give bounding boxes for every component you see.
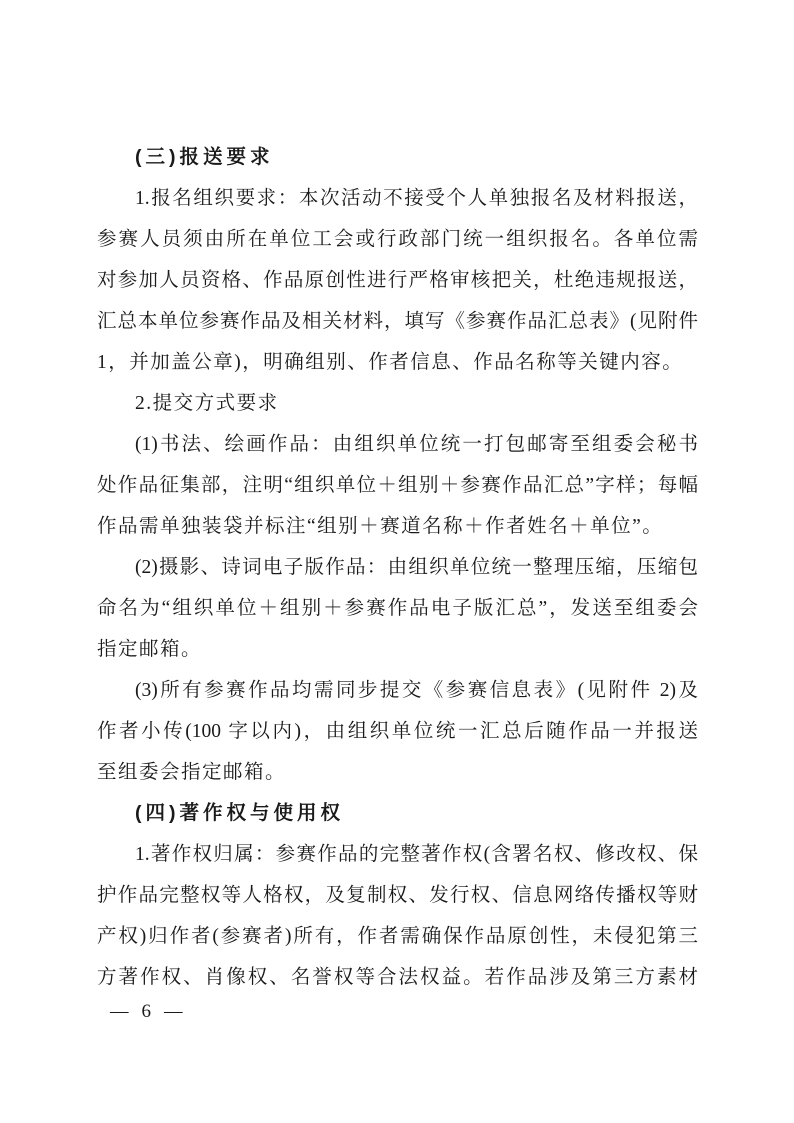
text-block: (三)报送要求1.报名组织要求：本次活动不接受个人单独报名及材料报送，参赛人员须… xyxy=(97,137,698,998)
footer-dash-right: — xyxy=(164,1002,183,1023)
document-line: 命名为“组织单位＋组别＋参赛作品电子版汇总”，发送至组委会 xyxy=(97,588,698,629)
document-line: (3)所有参赛作品均需同步提交《参赛信息表》(见附件 2)及 xyxy=(97,670,698,711)
document-line: 1.著作权归属：参赛作品的完整著作权(含署名权、修改权、保 xyxy=(97,834,698,875)
document-line: 1.报名组织要求：本次活动不接受个人单独报名及材料报送， xyxy=(97,178,698,219)
document-line: 作者小传(100 字以内)，由组织单位统一汇总后随作品一并报送 xyxy=(97,711,698,752)
document-line: 1，并加盖公章)，明确组别、作者信息、作品名称等关键内容。 xyxy=(97,342,698,383)
footer-dash-left: — xyxy=(110,1002,129,1023)
document-line: 护作品完整权等人格权，及复制权、发行权、信息网络传播权等财 xyxy=(97,875,698,916)
document-line: (2)摄影、诗词电子版作品：由组织单位统一整理压缩，压缩包 xyxy=(97,547,698,588)
document-line: 汇总本单位参赛作品及相关材料，填写《参赛作品汇总表》(见附件 xyxy=(97,301,698,342)
document-line: 处作品征集部，注明“组织单位＋组别＋参赛作品汇总”字样；每幅 xyxy=(97,465,698,506)
document-line: 参赛人员须由所在单位工会或行政部门统一组织报名。各单位需 xyxy=(97,219,698,260)
document-line: (1)书法、绘画作品：由组织单位统一打包邮寄至组委会秘书 xyxy=(97,424,698,465)
document-page: (三)报送要求1.报名组织要求：本次活动不接受个人单独报名及材料报送，参赛人员须… xyxy=(0,0,794,1123)
document-line: 作品需单独装袋并标注“组别＋赛道名称＋作者姓名＋单位”。 xyxy=(97,506,698,547)
section-heading: (三)报送要求 xyxy=(97,137,698,178)
page-number: 6 xyxy=(142,1001,152,1023)
document-footer: — 6 — xyxy=(110,1001,183,1023)
document-line: 对参加人员资格、作品原创性进行严格审核把关，杜绝违规报送， xyxy=(97,260,698,301)
document-line: 至组委会指定邮箱。 xyxy=(97,752,698,793)
document-line: 方著作权、肖像权、名誉权等合法权益。若作品涉及第三方素材 xyxy=(97,957,698,998)
document-line: 产权)归作者(参赛者)所有，作者需确保作品原创性，未侵犯第三 xyxy=(97,916,698,957)
section-heading: (四)著作权与使用权 xyxy=(97,793,698,834)
document-line: 2.提交方式要求 xyxy=(97,383,698,424)
document-line: 指定邮箱。 xyxy=(97,629,698,670)
